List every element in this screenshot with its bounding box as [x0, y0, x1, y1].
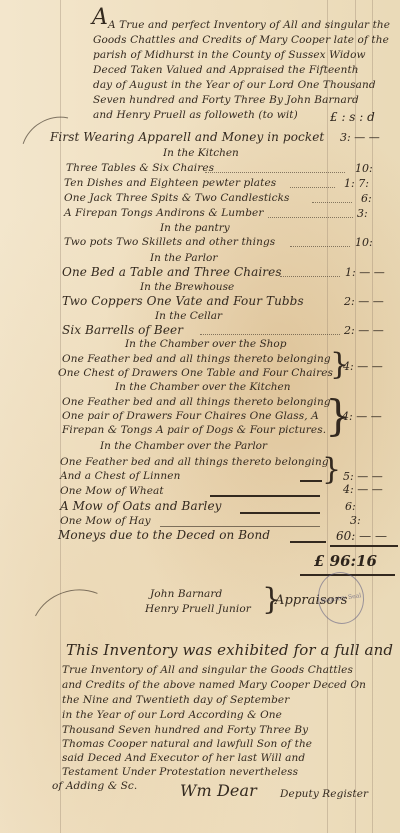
leader-stroke [160, 526, 320, 527]
exhibition-line: Thomas Cooper natural and lawfull Son of… [62, 738, 312, 751]
inventory-item: Moneys due to the Deced on Bond [58, 529, 270, 542]
room-heading: In the Kitchen [163, 147, 239, 159]
inventory-item: One Feather bed and all things thereto b… [60, 456, 329, 469]
item-amount: 4: — — [343, 483, 383, 496]
room-heading: In the Chamber over the Shop [125, 338, 286, 350]
inventory-item: Three Tables & Six Chaires [66, 162, 214, 175]
signature-title: Deputy Register [280, 788, 368, 801]
inventory-item: One Feather bed and all things thereto b… [62, 396, 331, 409]
item-amount: 10: [355, 236, 373, 249]
item-amount: 3: [357, 207, 368, 220]
exhibition-line: True Inventory of All and singular the G… [62, 664, 353, 677]
leader-dots [290, 187, 335, 189]
leader-dots [280, 276, 340, 278]
exhibition-line: the Nine and Twentieth day of September [62, 694, 289, 707]
inventory-item: And a Chest of Linnen [60, 470, 180, 483]
inventory-item: One Feather bed and all things thereto b… [62, 353, 331, 366]
leader-stroke [290, 541, 326, 543]
item-amount: 3: [350, 514, 361, 527]
inventory-item: One Chest of Drawers One Table and Four … [58, 367, 333, 380]
appraiser-name: Henry Pruell Junior [145, 603, 251, 616]
preamble-line: day of August in the Year of our Lord On… [93, 79, 376, 92]
room-heading: In the Chamber over the Parlor [100, 440, 267, 452]
item-amount: 4: — — [342, 410, 382, 423]
inventory-item: Two Coppers One Vate and Four Tubbs [62, 295, 304, 308]
item-amount: 10: [355, 162, 373, 175]
item-amount: 2: — — [344, 324, 384, 337]
exhibition-line: in the Year of our Lord According & One [62, 709, 282, 722]
inventory-item: A Mow of Oats and Barley [60, 500, 222, 513]
preamble-line: Seven hundred and Forty Three By John Ba… [93, 94, 359, 107]
room-heading: In the pantry [160, 222, 230, 234]
initial-capital: A [92, 6, 108, 30]
exhibition-line: and Credits of the above named Mary Coop… [62, 679, 366, 692]
inventory-item: One Bed a Table and Three Chaires [62, 266, 282, 279]
item-amount: 3: — — [340, 131, 380, 144]
room-heading: In the Cellar [155, 310, 222, 322]
preamble-line: Deced Taken Valued and Appraised the Fif… [93, 64, 359, 77]
leader-dots [200, 334, 340, 336]
room-heading: In the Chamber over the Kitchen [115, 381, 291, 393]
item-amount: 5: — — [343, 470, 383, 483]
exhibition-line: Testament Under Protestation nevertheles… [62, 766, 298, 779]
inventory-item: One pair of Drawers Four Chaires One Gla… [62, 410, 319, 423]
inventory-item: One Jack Three Spits & Two Candlesticks [64, 192, 290, 205]
exhibition-line: Thousand Seven hundred and Forty Three B… [62, 724, 308, 737]
room-heading: In the Parlor [150, 252, 217, 264]
registry-stamp: Registry Seal [315, 569, 368, 627]
exhibition-line: This Inventory was exhibited for a full … [66, 644, 393, 657]
leader-stroke [210, 495, 320, 497]
total-rule [330, 545, 398, 547]
inventory-item: A Firepan Tongs Andirons & Lumber [64, 207, 263, 220]
item-amount: 1: — — [345, 266, 385, 279]
exhibition-line: of Adding & Sc. [52, 780, 137, 793]
item-amount: 4: — — [343, 360, 383, 373]
item-amount: 1: 7: [344, 177, 369, 190]
manuscript-page: A A True and perfect Inventory of All an… [0, 0, 400, 833]
preamble-line: parish of Midhurst in the County of Suss… [93, 49, 366, 62]
signature-name: Wm Dear [180, 784, 257, 797]
inventory-item: Two pots Two Skillets and other things [64, 236, 275, 249]
inventory-item: Six Barrells of Beer [62, 324, 183, 337]
inventory-item: Ten Dishes and Eighteen pewter plates [64, 177, 276, 190]
leader-dots [205, 172, 345, 174]
inventory-total: £ 96:16 [314, 552, 377, 570]
preamble-line: and Henry Pruell as followeth (to wit) [93, 109, 298, 122]
item-amount: 2: — — [344, 295, 384, 308]
inventory-item: One Mow of Hay [60, 515, 151, 528]
item-amount: 6: [345, 500, 356, 513]
inventory-item: Firepan & Tongs A pair of Dogs & Four pi… [62, 424, 326, 437]
room-heading: In the Brewhouse [140, 281, 234, 293]
item-amount: 6: [361, 192, 372, 205]
preamble-line: Goods Chattles and Credits of Mary Coope… [93, 34, 389, 47]
appraiser-name: John Barnard [150, 588, 222, 601]
leader-stroke [300, 480, 322, 482]
grouping-brace: } [322, 455, 341, 485]
leader-dots [290, 246, 350, 248]
currency-header: £ : s : d [330, 110, 375, 124]
leader-stroke [240, 512, 320, 514]
leader-dots [268, 217, 353, 219]
inventory-item: One Mow of Wheat [60, 485, 164, 498]
leader-dots [312, 202, 352, 204]
preamble-line: A True and perfect Inventory of All and … [108, 19, 390, 32]
exhibition-line: said Deced And Executor of her last Will… [62, 752, 305, 765]
item-amount: 60: — — [336, 529, 387, 543]
inventory-item: First Wearing Apparell and Money in pock… [50, 131, 324, 144]
